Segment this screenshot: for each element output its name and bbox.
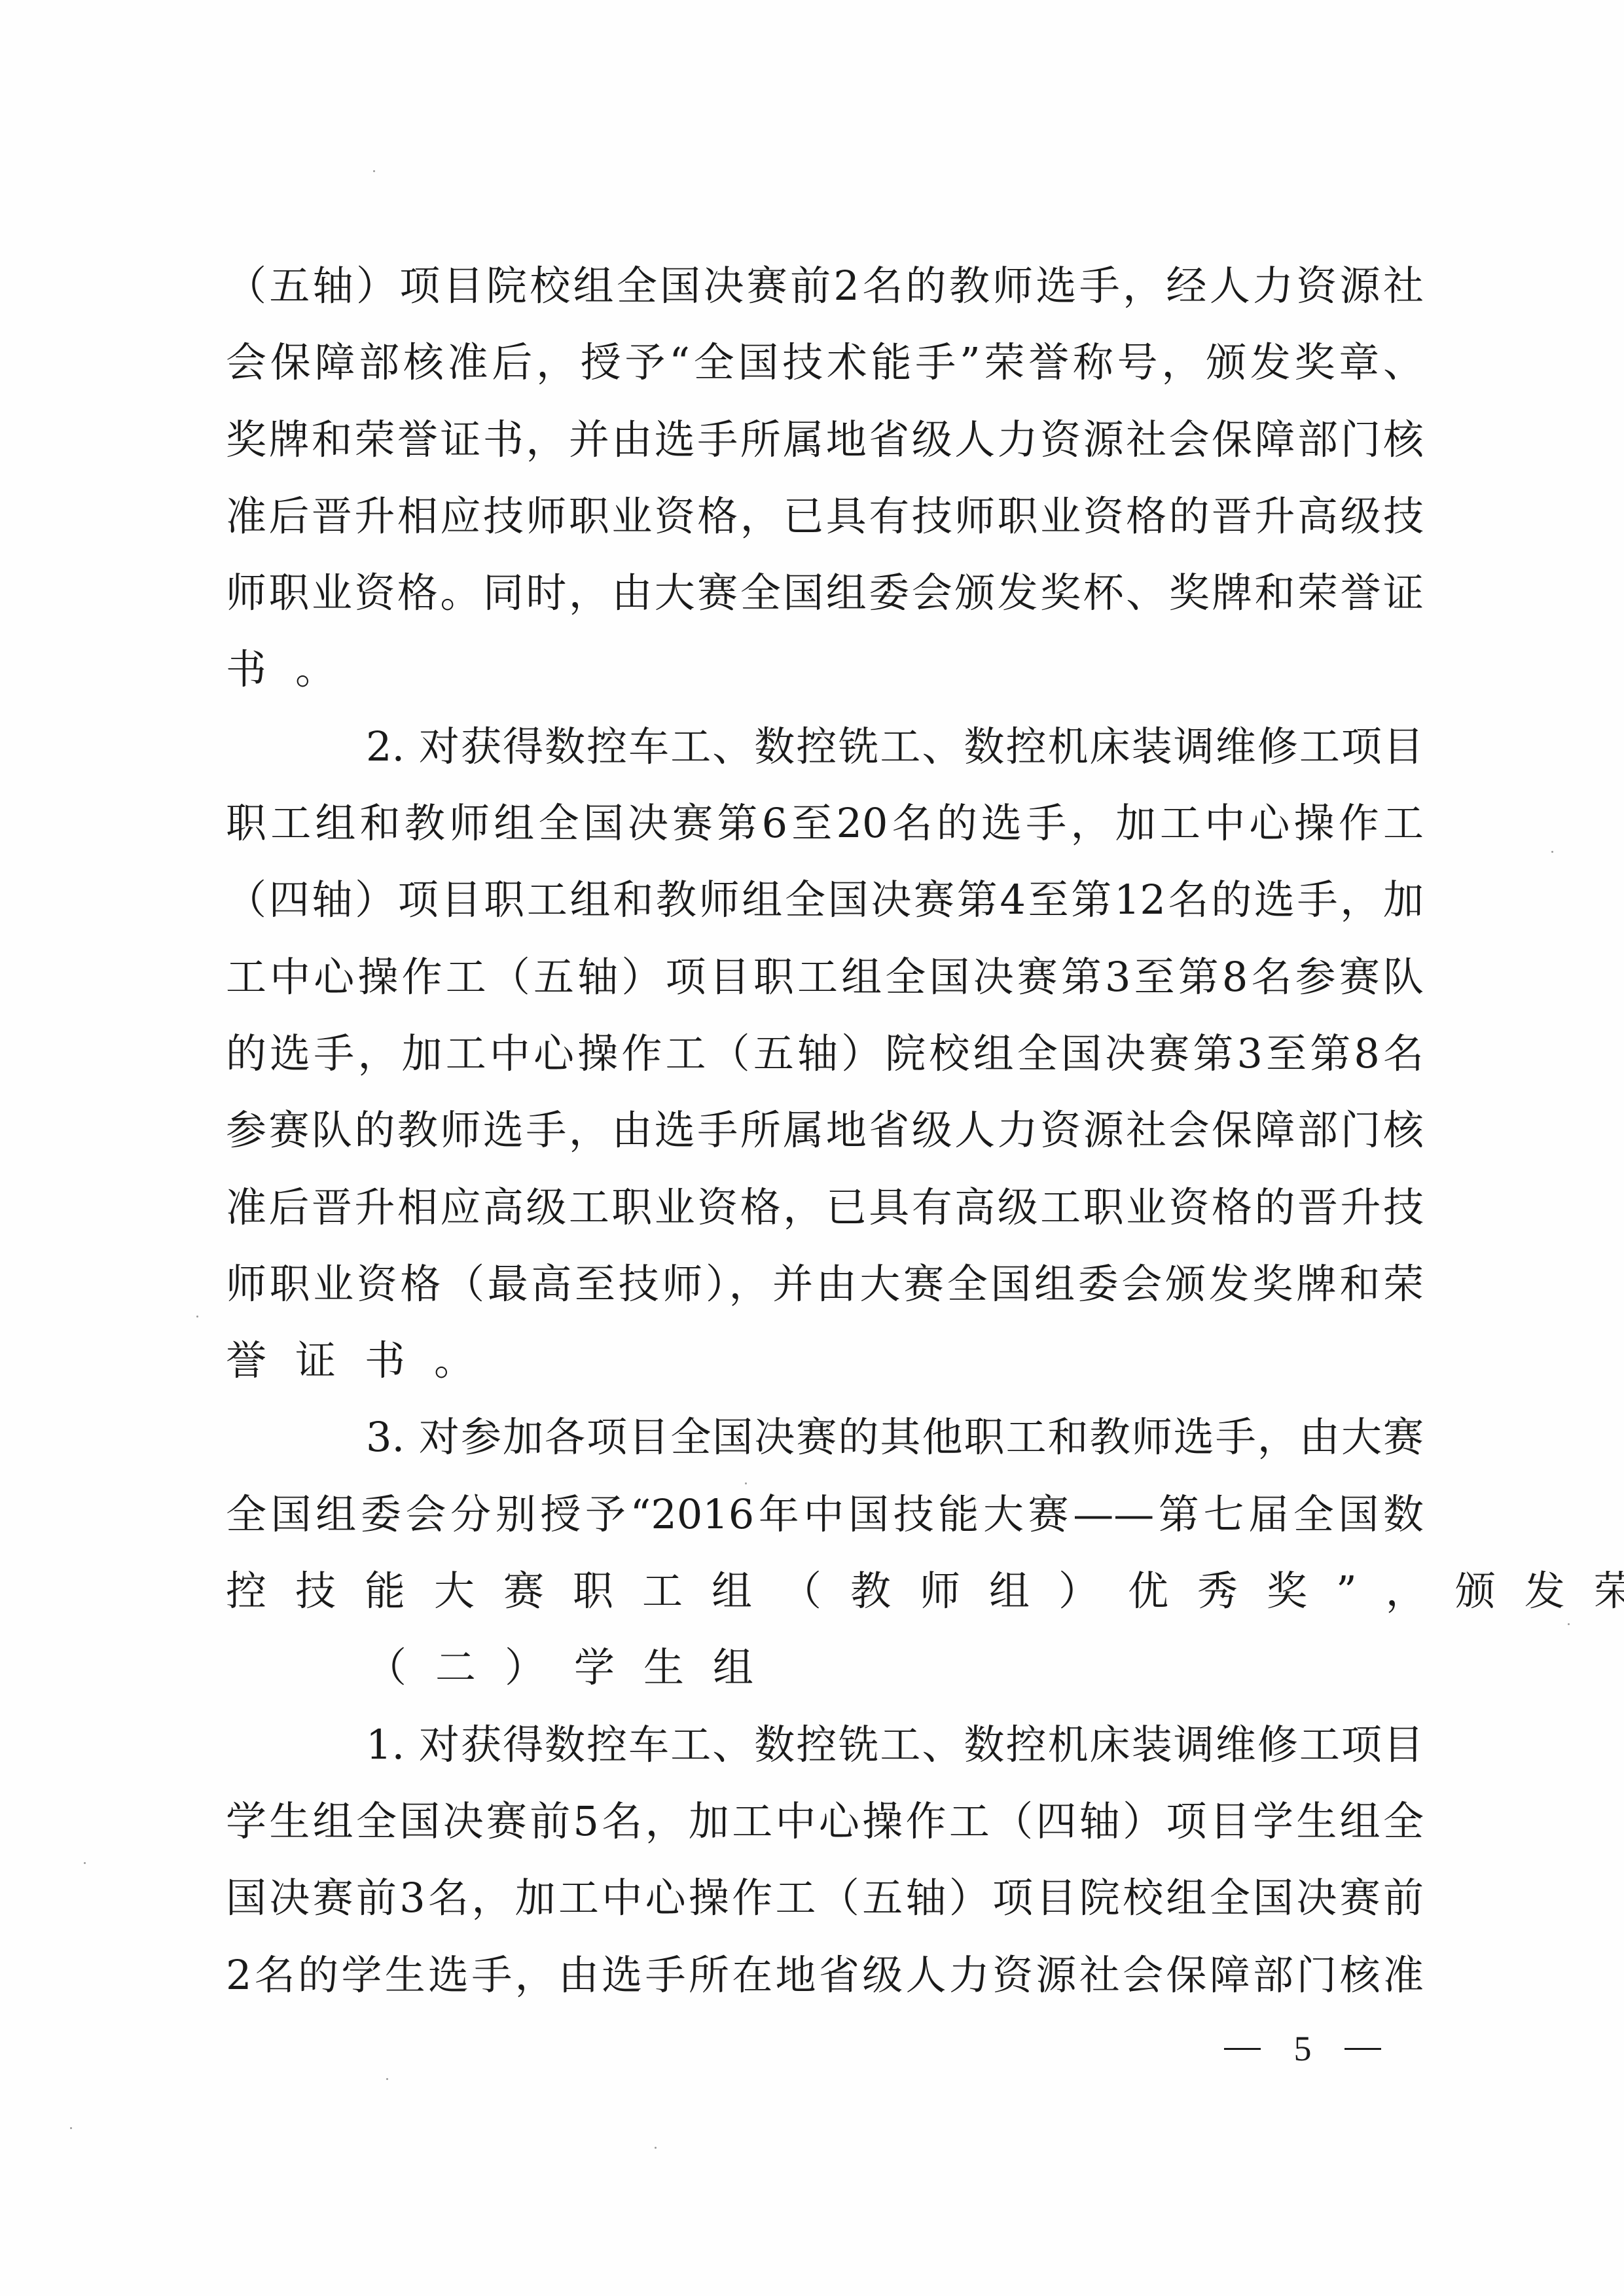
text-line: 职工组和教师组全国决赛第6至20名的选手，加工中心操作工 (226, 794, 1424, 870)
text-line: 全国组委会分别授予“2016年中国技能大赛——第七届全国数 (226, 1485, 1424, 1562)
text-line: 誉证书。 (226, 1331, 1424, 1408)
text-line: 控技能大赛职工组（教师组）优秀奖”，颁发荣誉证书。 (226, 1562, 1424, 1638)
text-line: 工中心操作工（五轴）项目职工组全国决赛第3至第8名参赛队 (226, 948, 1424, 1024)
text-line: 国决赛前3名，加工中心操作工（五轴）项目院校组全国决赛前 (226, 1869, 1424, 1945)
scan-speck (745, 1482, 747, 1484)
document-page: （五轴）项目院校组全国决赛前2名的教师选手，经人力资源社 会保障部核准后，授予“… (0, 0, 1624, 2296)
scan-speck (70, 2127, 72, 2129)
dash-left (1224, 2048, 1261, 2050)
scan-speck (84, 1862, 86, 1864)
section-heading: （二）学生组 (226, 1638, 1424, 1715)
text-line: 师职业资格（最高至技师），并由大赛全国组委会颁发奖牌和荣 (226, 1255, 1424, 1331)
page-number-value: 5 (1294, 2028, 1312, 2069)
text-line: 奖牌和荣誉证书，并由选手所属地省级人力资源社会保障部门核 (226, 410, 1424, 487)
list-item-heading: 1. 对获得数控车工、数控铣工、数控机床装调维修工项目 (226, 1715, 1424, 1792)
text-line: （五轴）项目院校组全国决赛前2名的教师选手，经人力资源社 (226, 257, 1424, 333)
scan-speck (655, 2147, 657, 2149)
page-number: 5 (1224, 2022, 1381, 2075)
text-line: 会保障部核准后，授予“全国技术能手”荣誉称号，颁发奖章、 (226, 333, 1424, 410)
text-line: 的选手，加工中心操作工（五轴）院校组全国决赛第3至第8名 (226, 1024, 1424, 1101)
list-item-heading: 3. 对参加各项目全国决赛的其他职工和教师选手，由大赛 (226, 1408, 1424, 1484)
text-line: 学生组全国决赛前5名，加工中心操作工（四轴）项目学生组全 (226, 1792, 1424, 1869)
scan-speck (1568, 1623, 1570, 1625)
text-line: 2名的学生选手，由选手所在地省级人力资源社会保障部门核准 (226, 1946, 1424, 2022)
list-item-heading: 2. 对获得数控车工、数控铣工、数控机床装调维修工项目 (226, 717, 1424, 794)
scan-speck (1551, 851, 1553, 853)
scan-speck (196, 1316, 198, 1318)
text-line: 书。 (226, 640, 1424, 717)
document-body: （五轴）项目院校组全国决赛前2名的教师选手，经人力资源社 会保障部核准后，授予“… (226, 257, 1424, 2022)
scan-speck (373, 170, 375, 172)
text-line: （四轴）项目职工组和教师组全国决赛第4至第12名的选手，加 (226, 870, 1424, 947)
text-line: 参赛队的教师选手，由选手所属地省级人力资源社会保障部门核 (226, 1101, 1424, 1177)
scan-speck (386, 2078, 388, 2080)
text-line: 准后晋升相应技师职业资格，已具有技师职业资格的晋升高级技 (226, 487, 1424, 564)
text-line: 准后晋升相应高级工职业资格，已具有高级工职业资格的晋升技 (226, 1178, 1424, 1255)
text-line: 师职业资格。同时，由大赛全国组委会颁发奖杯、奖牌和荣誉证 (226, 564, 1424, 640)
dash-right (1344, 2048, 1381, 2050)
